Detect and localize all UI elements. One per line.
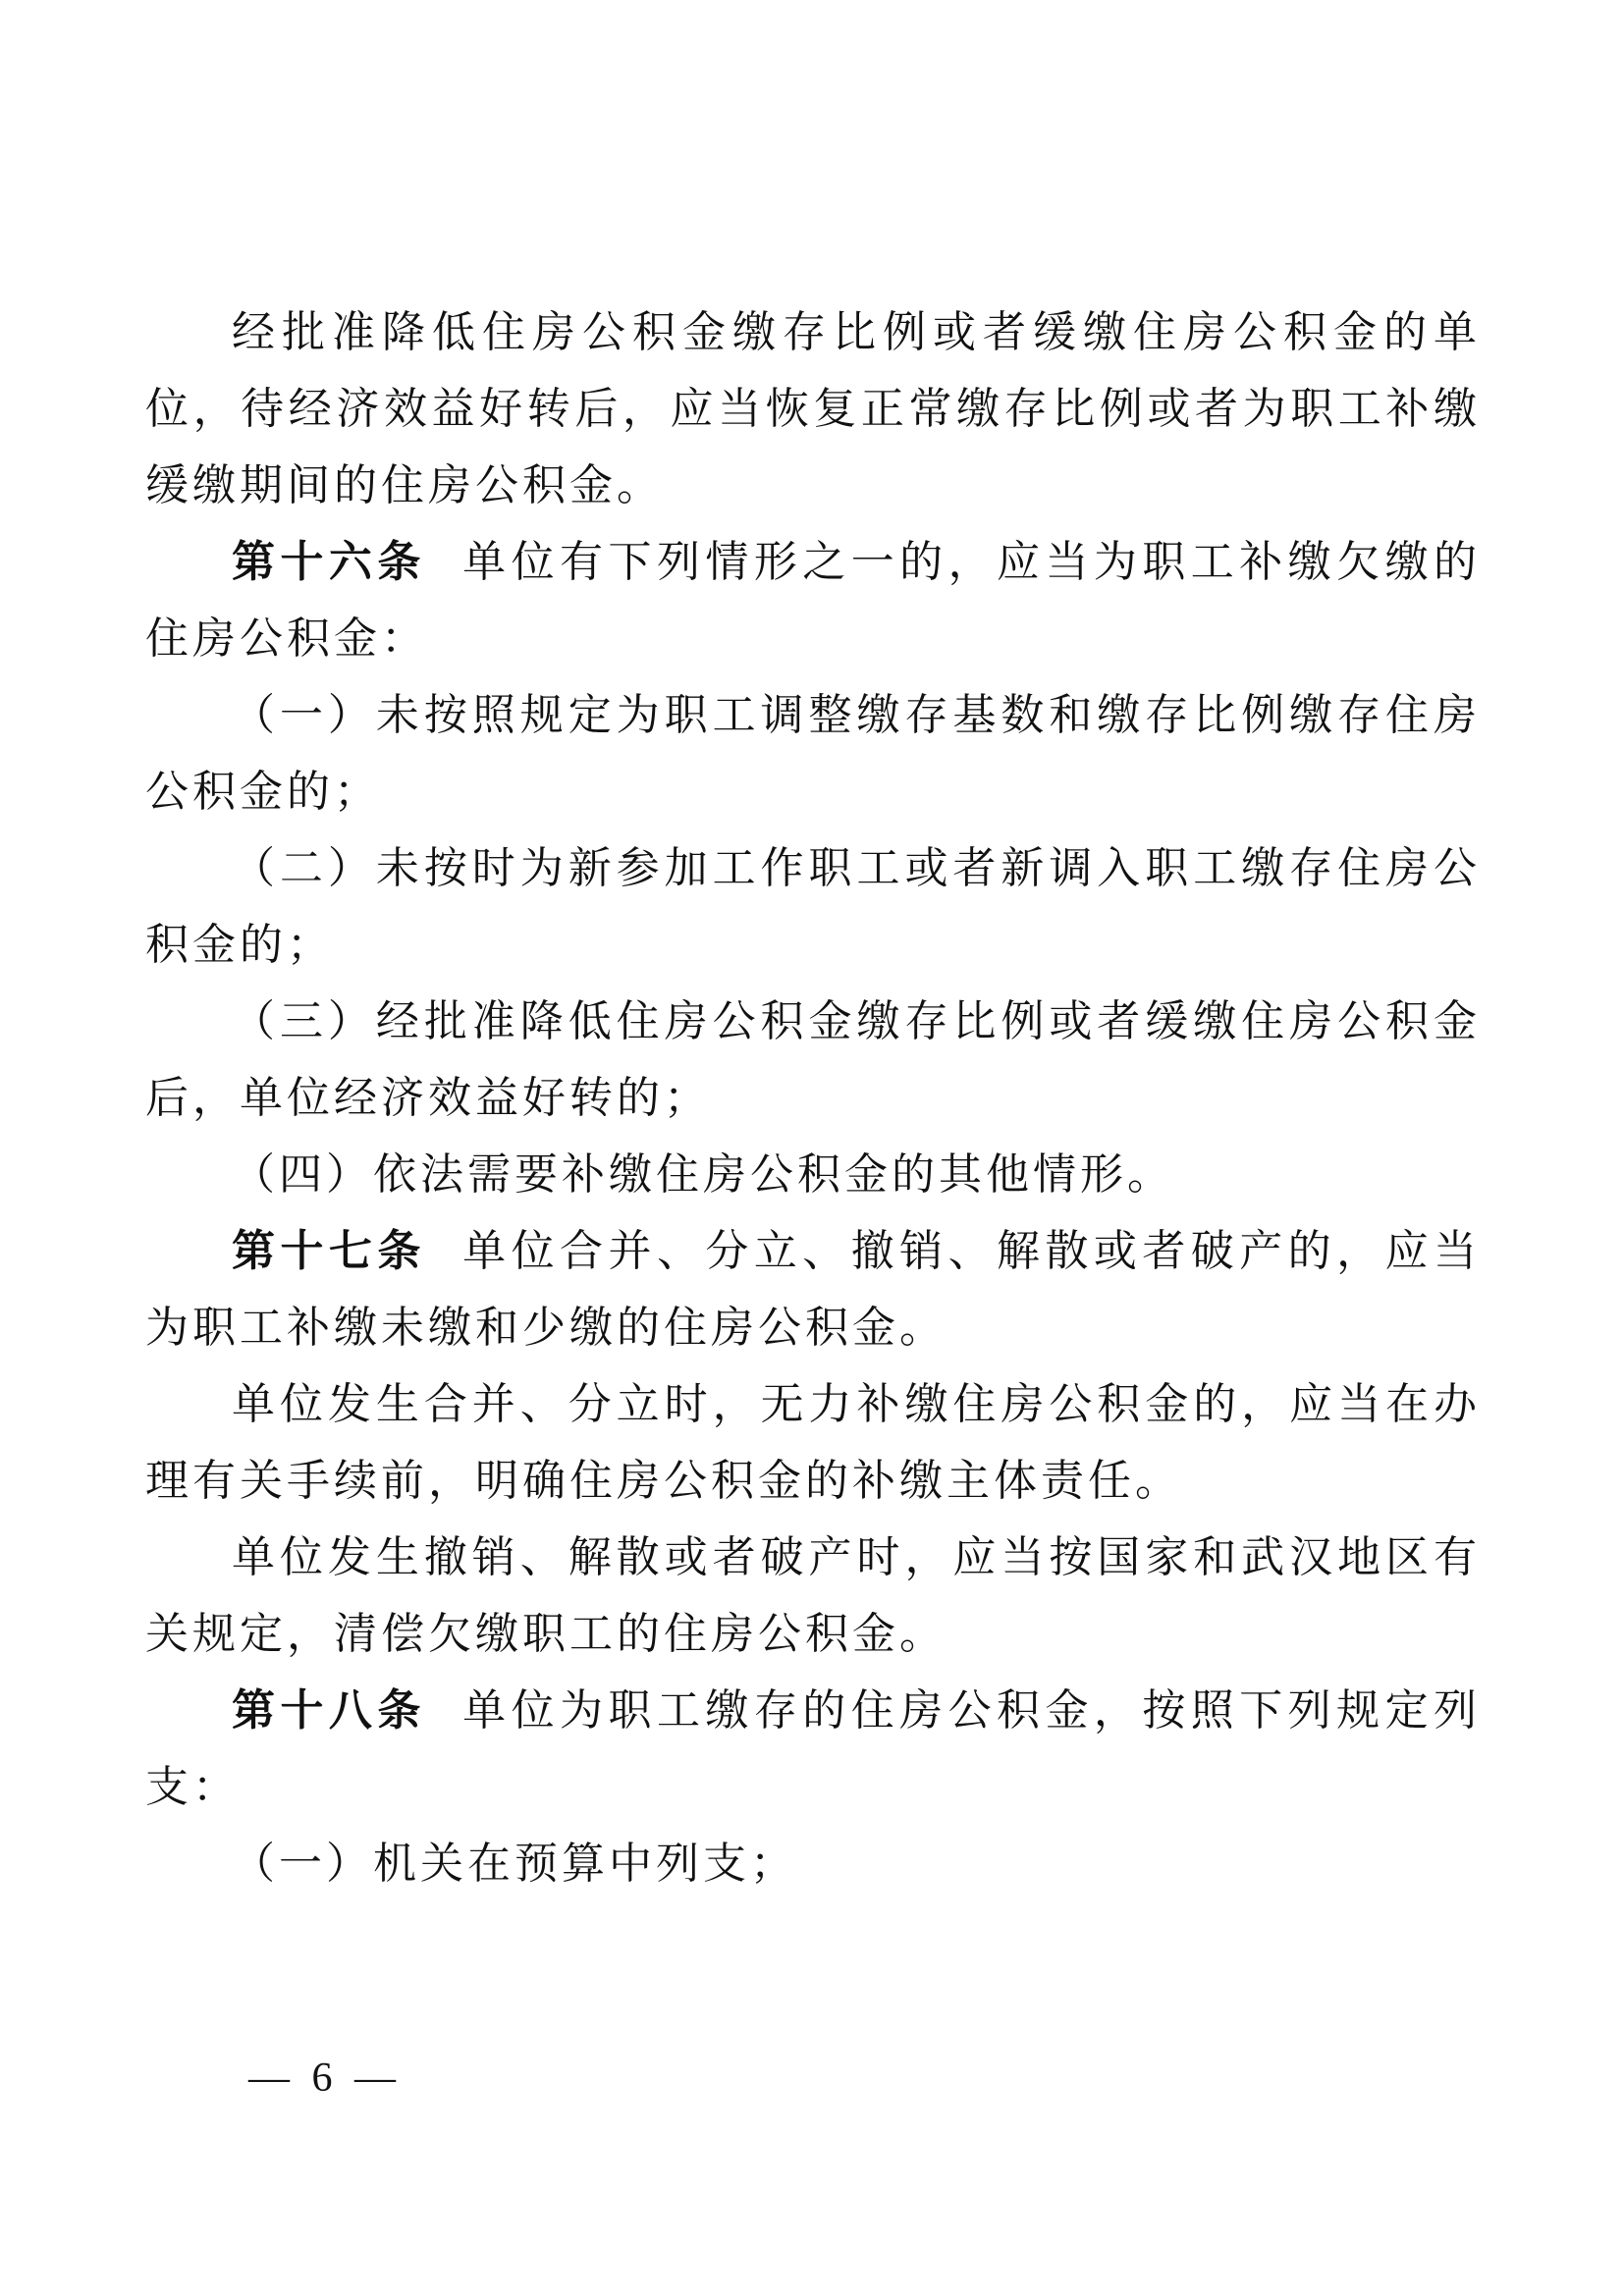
article-number: 第十八条 — [232, 1686, 426, 1735]
paragraph: 单位发生撤销、解散或者破产时，应当按国家和武汉地区有关规定，清偿欠缴职工的住房公… — [145, 1520, 1481, 1673]
paragraph: 经批准降低住房公积金缴存比例或者缓缴住房公积金的单位，待经济效益好转后，应当恢复… — [145, 294, 1481, 524]
paragraph-text: （三）经批准降低住房公积金缴存比例或者缓缴住房公积金后，单位经济效益好转的； — [145, 997, 1481, 1122]
document-body: 经批准降低住房公积金缴存比例或者缓缴住房公积金的单位，待经济效益好转后，应当恢复… — [145, 294, 1481, 1902]
document-page: 经批准降低住房公积金缴存比例或者缓缴住房公积金的单位，待经济效益好转后，应当恢复… — [0, 0, 1623, 2296]
paragraph-text: （二）未按时为新参加工作职工或者新调入职工缴存住房公积金的； — [145, 844, 1481, 969]
paragraph: 单位发生合并、分立时，无力补缴住房公积金的，应当在办理有关手续前，明确住房公积金… — [145, 1366, 1481, 1520]
page-number: — 6 — — [248, 2054, 402, 2103]
paragraph-text: 经批准降低住房公积金缴存比例或者缓缴住房公积金的单位，待经济效益好转后，应当恢复… — [145, 308, 1481, 509]
paragraph-text: （四）依法需要补缴住房公积金的其他情形。 — [232, 1150, 1174, 1199]
article-number: 第十六条 — [232, 538, 426, 586]
article-number: 第十七条 — [232, 1227, 426, 1275]
paragraph-text: （一）未按照规定为职工调整缴存基数和缴存比例缴存住房公积金的； — [145, 691, 1481, 816]
paragraph-text: （一）机关在预算中列支； — [232, 1840, 797, 1888]
list-item-1: （一）机关在预算中列支； — [145, 1826, 1481, 1902]
list-item-1: （一）未按照规定为职工调整缴存基数和缴存比例缴存住房公积金的； — [145, 677, 1481, 830]
list-item-3: （三）经批准降低住房公积金缴存比例或者缓缴住房公积金后，单位经济效益好转的； — [145, 984, 1481, 1137]
list-item-2: （二）未按时为新参加工作职工或者新调入职工缴存住房公积金的； — [145, 830, 1481, 984]
paragraph-text: 单位发生撤销、解散或者破产时，应当按国家和武汉地区有关规定，清偿欠缴职工的住房公… — [145, 1533, 1481, 1658]
paragraph-article-17: 第十七条单位合并、分立、撤销、解散或者破产的，应当为职工补缴未缴和少缴的住房公积… — [145, 1213, 1481, 1366]
paragraph-article-16: 第十六条单位有下列情形之一的，应当为职工补缴欠缴的住房公积金： — [145, 524, 1481, 677]
paragraph-article-18: 第十八条单位为职工缴存的住房公积金，按照下列规定列支： — [145, 1673, 1481, 1826]
paragraph-text: 单位发生合并、分立时，无力补缴住房公积金的，应当在办理有关手续前，明确住房公积金… — [145, 1380, 1481, 1505]
list-item-4: （四）依法需要补缴住房公积金的其他情形。 — [145, 1137, 1481, 1213]
